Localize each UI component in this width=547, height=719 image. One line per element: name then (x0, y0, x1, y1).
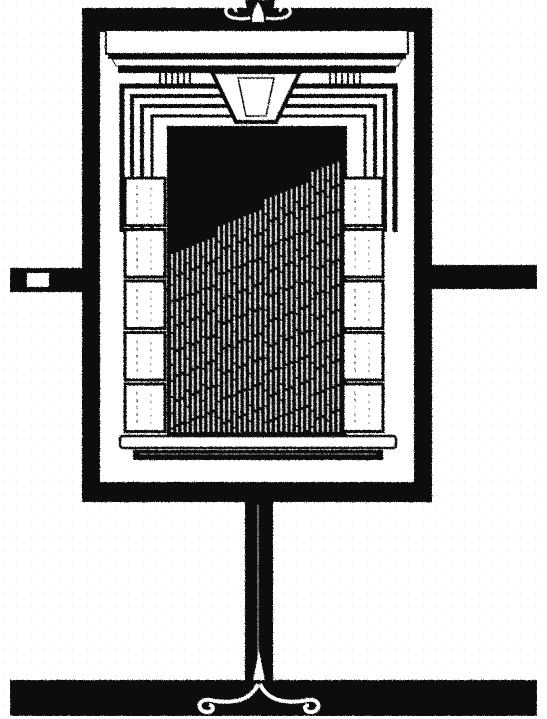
right-arm (425, 265, 537, 289)
dark-opening (167, 126, 347, 438)
right-pilaster-blocks (343, 178, 383, 432)
cornice (106, 30, 408, 73)
support-post (245, 498, 273, 686)
sill (120, 436, 396, 460)
left-pilaster-blocks (125, 178, 165, 432)
engraving-illustration (0, 0, 547, 719)
base-beam (10, 680, 537, 716)
left-arm (10, 268, 90, 292)
